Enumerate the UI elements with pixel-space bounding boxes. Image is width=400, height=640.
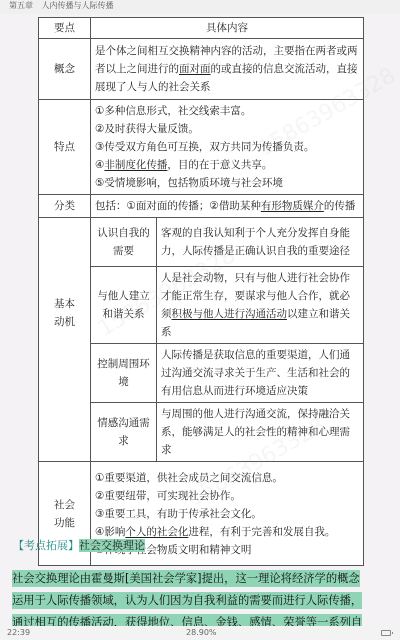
motive-key: 控制周围环境 [91,344,157,403]
motive-key: 情感沟通需求 [91,403,157,462]
function-item: ②重要纽带，可实现社会协作。 [95,487,359,505]
row-features: 特点 ①多种信息形式，社交线索丰富。 ②及时获得大量反馈。 ③传受双方角色可互换… [39,100,364,195]
row-key-motives: 基本动机 [39,218,91,462]
row-content-concept: 是个体之间相互交换精神内容的活动，主要指在两者或两者以上之间进行的面对面的或直接… [91,39,364,100]
feature-item: ④非制度化传播，目的在于意义共享。 [95,156,359,174]
classification-text-end: 的传播 [324,200,356,212]
feature-item: ②及时获得大量反馈。 [95,120,359,138]
social-functions-label: 社会功能 [53,496,76,532]
battery-icon [381,630,391,636]
chapter-title: 人内传播与人际传播 [42,1,114,10]
motive-content: 客观的自我认知利于个人充分发挥自身能力，人际传播是正确认识自我的重要途径 [157,218,364,267]
expansion-paragraph: 社会交换理论由霍曼斯[美国社会学家]提出，这一理论将经济学的概念 运用于人际传播… [12,568,386,634]
row-classification: 分类 包括：①面对面的传播；②借助某种有形物质媒介的传播 [39,195,364,218]
motive-content: 与周围的他人进行沟通交流，保持融洽关系，能够满足人的社会性的精神和心理需求 [157,403,364,462]
motive-content: 人际传播是获取信息的重要渠道，人们通过沟通交流寻求关于生产、生活和社会的有用信息… [157,344,364,403]
motive-key: 认识自我的需要 [91,218,157,267]
row-content-features: ①多种信息形式，社交线索丰富。 ②及时获得大量反馈。 ③传受双方角色可互换，双方… [91,100,364,195]
table-header-row: 要点 具体内容 [39,18,364,39]
feature-item: ⑤受情境影响，包括物质环境与社会环境 [95,174,359,192]
row-key-features: 特点 [39,100,91,195]
classification-text: 包括：①面对面的传播；②借助某种 [95,200,261,212]
feature-prefix: ④ [95,159,104,171]
row-content-classification: 包括：①面对面的传播；②借助某种有形物质媒介的传播 [91,195,364,218]
function-underline: 个人的社会化 [125,526,188,538]
expansion-topic[interactable]: 社会交换理论 [79,539,145,552]
function-item: ③重要工具，有助于传承社会文化。 [95,505,359,523]
expansion-heading: 【考点拓展】社会交换理论 [13,537,145,555]
reading-progress: 28.90% [186,628,217,637]
column-header-key: 要点 [39,18,91,39]
column-header-content: 具体内容 [91,18,364,39]
paragraph-line[interactable]: 运用于人际传播领域，认为人们因为自我利益的需要而进行人际传播， [12,592,362,609]
row-motive-1: 基本动机 认识自我的需要 客观的自我认知利于个人充分发挥自身能力，人际传播是正确… [39,218,364,267]
feature-suffix: ，目的在于意义共享。 [167,159,272,171]
motive-key: 与他人建立和谐关系 [91,267,157,344]
feature-item: ①多种信息形式，社交线索丰富。 [95,102,359,120]
row-key-concept: 概念 [39,39,91,100]
expansion-label: 【考点拓展】 [13,539,79,552]
motive-underline: 积极与他人进行沟通活动 [172,308,288,320]
chapter-label: 第五章 [9,1,33,10]
feature-item: ③传受双方角色可互换，双方共同为传播负责。 [95,138,359,156]
row-key-classification: 分类 [39,195,91,218]
paragraph-line[interactable]: 社会交换理论由霍曼斯[美国社会学家]提出，这一理论将经济学的概念 [12,570,360,587]
feature-underline: 非制度化传播 [104,159,167,171]
motives-label: 基本动机 [53,295,76,331]
concept-underline: 面对面 [179,63,211,75]
function-prefix: ④影响 [95,526,125,538]
motive-content: 人是社会动物，只有与他人进行社会协作才能正常生存，要谋求与他人合作，就必须积极与… [157,267,364,344]
status-bar: 22:39 28.90% [0,626,400,640]
function-suffix: 进程，有利于完善和发展自我。 [188,526,335,538]
classification-underline: 有形物质媒介 [261,200,324,212]
summary-table: 要点 具体内容 概念 是个体之间相互交换精神内容的活动，主要指在两者或两者以上之… [38,17,364,566]
function-item: ①重要渠道，供社会成员之间交流信息。 [95,469,359,487]
chapter-header: 第五章 人内传播与人际传播 [0,0,400,14]
clock: 22:39 [7,628,30,637]
row-concept: 概念 是个体之间相互交换精神内容的活动，主要指在两者或两者以上之间进行的面对面的… [39,39,364,100]
